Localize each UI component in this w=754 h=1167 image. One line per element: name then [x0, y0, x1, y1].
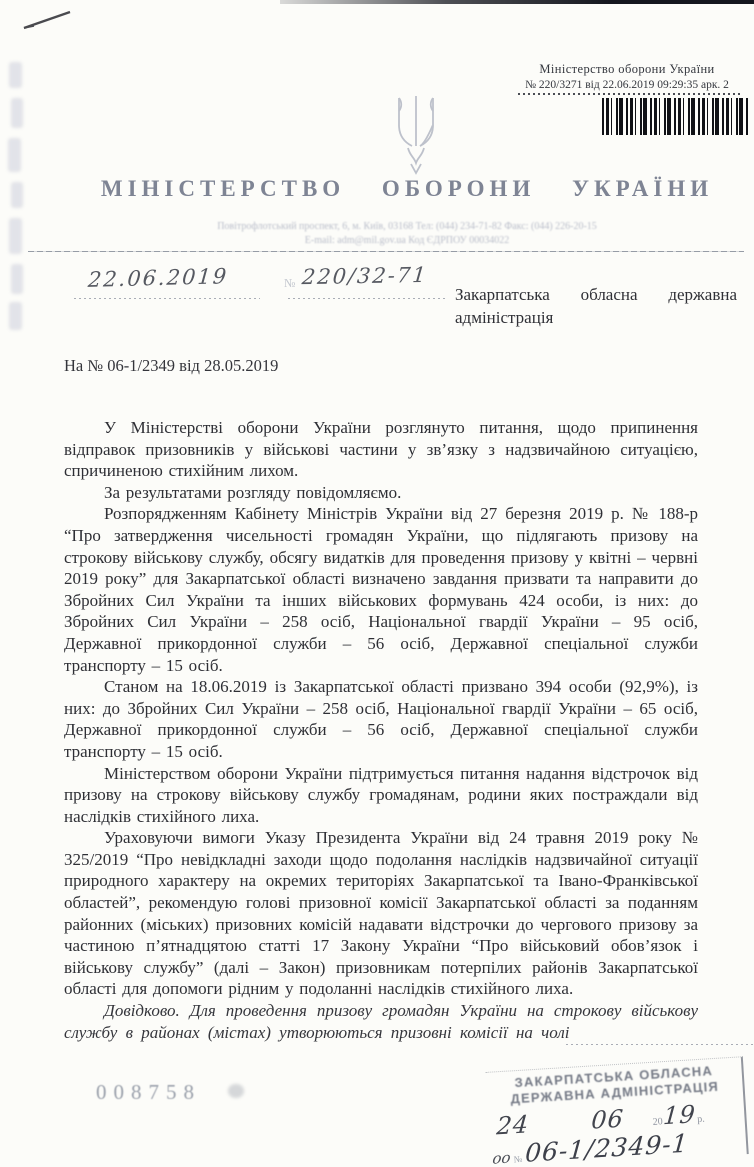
incoming-stamp: ЗАКАРПАТСЬКА ОБЛАСНА ДЕРЖАВНА АДМІНІСТРА… [485, 1056, 749, 1167]
letterhead-address-line2: E-mail: adm@mil.gov.ua Код ЄДРПОУ 000340… [60, 235, 754, 246]
incoming-date-day: 24 [495, 1110, 530, 1140]
incoming-number-sign: № [513, 1154, 522, 1165]
scanned-letter-page: Міністерство оборони України № 220/3271 … [0, 0, 754, 1167]
margin-bleed-artifact [9, 218, 22, 254]
registration-stamp-org: Міністерство оборони України [504, 62, 750, 77]
registration-stamp: Міністерство оборони України № 220/3271 … [504, 62, 750, 95]
margin-bleed-artifact [8, 138, 21, 172]
body-paragraph: У Міністерстві оборони України розглянут… [64, 417, 698, 482]
recipient-word: обласна [581, 283, 638, 306]
outgoing-date-handwritten: 22.06.2019 [87, 264, 229, 292]
trident-emblem-icon [386, 92, 446, 176]
margin-bleed-artifact [9, 62, 22, 88]
incoming-date-year-hand: 19 [662, 1100, 697, 1130]
body-paragraph: Ураховуючи вимоги Указу Президента Украї… [64, 827, 698, 1000]
outgoing-number-handwritten: 220/32-71 [301, 263, 429, 289]
incoming-date-year-suffix: р. [697, 1114, 705, 1125]
registration-stamp-number: № 220/3271 від 22.06.2019 09:29:35 арк. … [504, 79, 750, 91]
body-paragraph-reference-note: Довідково. Для проведення призову громад… [64, 1000, 698, 1043]
body-paragraph: Станом на 18.06.2019 із Закарпатської об… [64, 676, 698, 762]
recipient-line2: адміністрація [455, 306, 737, 329]
reference-line: На № 06-1/2349 від 28.05.2019 [64, 356, 278, 376]
body-paragraph: Міністерством оборони України підтримуєт… [64, 763, 698, 828]
recipient-word: Закарпатська [455, 283, 550, 306]
incoming-date-month: 06 [590, 1105, 625, 1135]
body-paragraph: Розпорядженням Кабінету Міністрів Україн… [64, 503, 698, 676]
barcode-icon [602, 98, 750, 135]
body-paragraph: За результатами розгляду повідомляємо. [64, 482, 698, 504]
registration-stamp-microtext [518, 93, 740, 95]
letter-body: У Міністерстві оборони України розглянут… [64, 417, 698, 1043]
margin-bleed-artifact [9, 302, 22, 330]
pen-check-mark [20, 6, 90, 32]
date-dotted-line [74, 298, 260, 299]
recipient-word: державна [668, 283, 737, 306]
margin-bleed-artifact [11, 182, 23, 208]
letterhead-divider [28, 251, 744, 252]
ministry-title: МІНІСТЕРСТВО ОБОРОНИ УКРАЇНИ [60, 176, 754, 202]
recipient-line1: Закарпатська обласна державна [455, 283, 737, 306]
letterhead-address-line1: Повітрофлотський проспект, 6, м. Київ, 0… [60, 221, 754, 232]
margin-bleed-artifact [11, 98, 23, 128]
number-dotted-line [288, 298, 448, 299]
ink-smudge [228, 1084, 244, 1098]
margin-bleed-artifact [11, 264, 23, 294]
scan-artifact-dotted-line [566, 1044, 754, 1045]
blank-form-number: 008758 [96, 1080, 201, 1105]
scanner-edge-strip [280, 0, 754, 4]
recipient-block: Закарпатська обласна державна адміністра… [455, 283, 737, 329]
outgoing-number-sign: № [284, 276, 295, 291]
incoming-number-scribble: оо [492, 1148, 512, 1167]
